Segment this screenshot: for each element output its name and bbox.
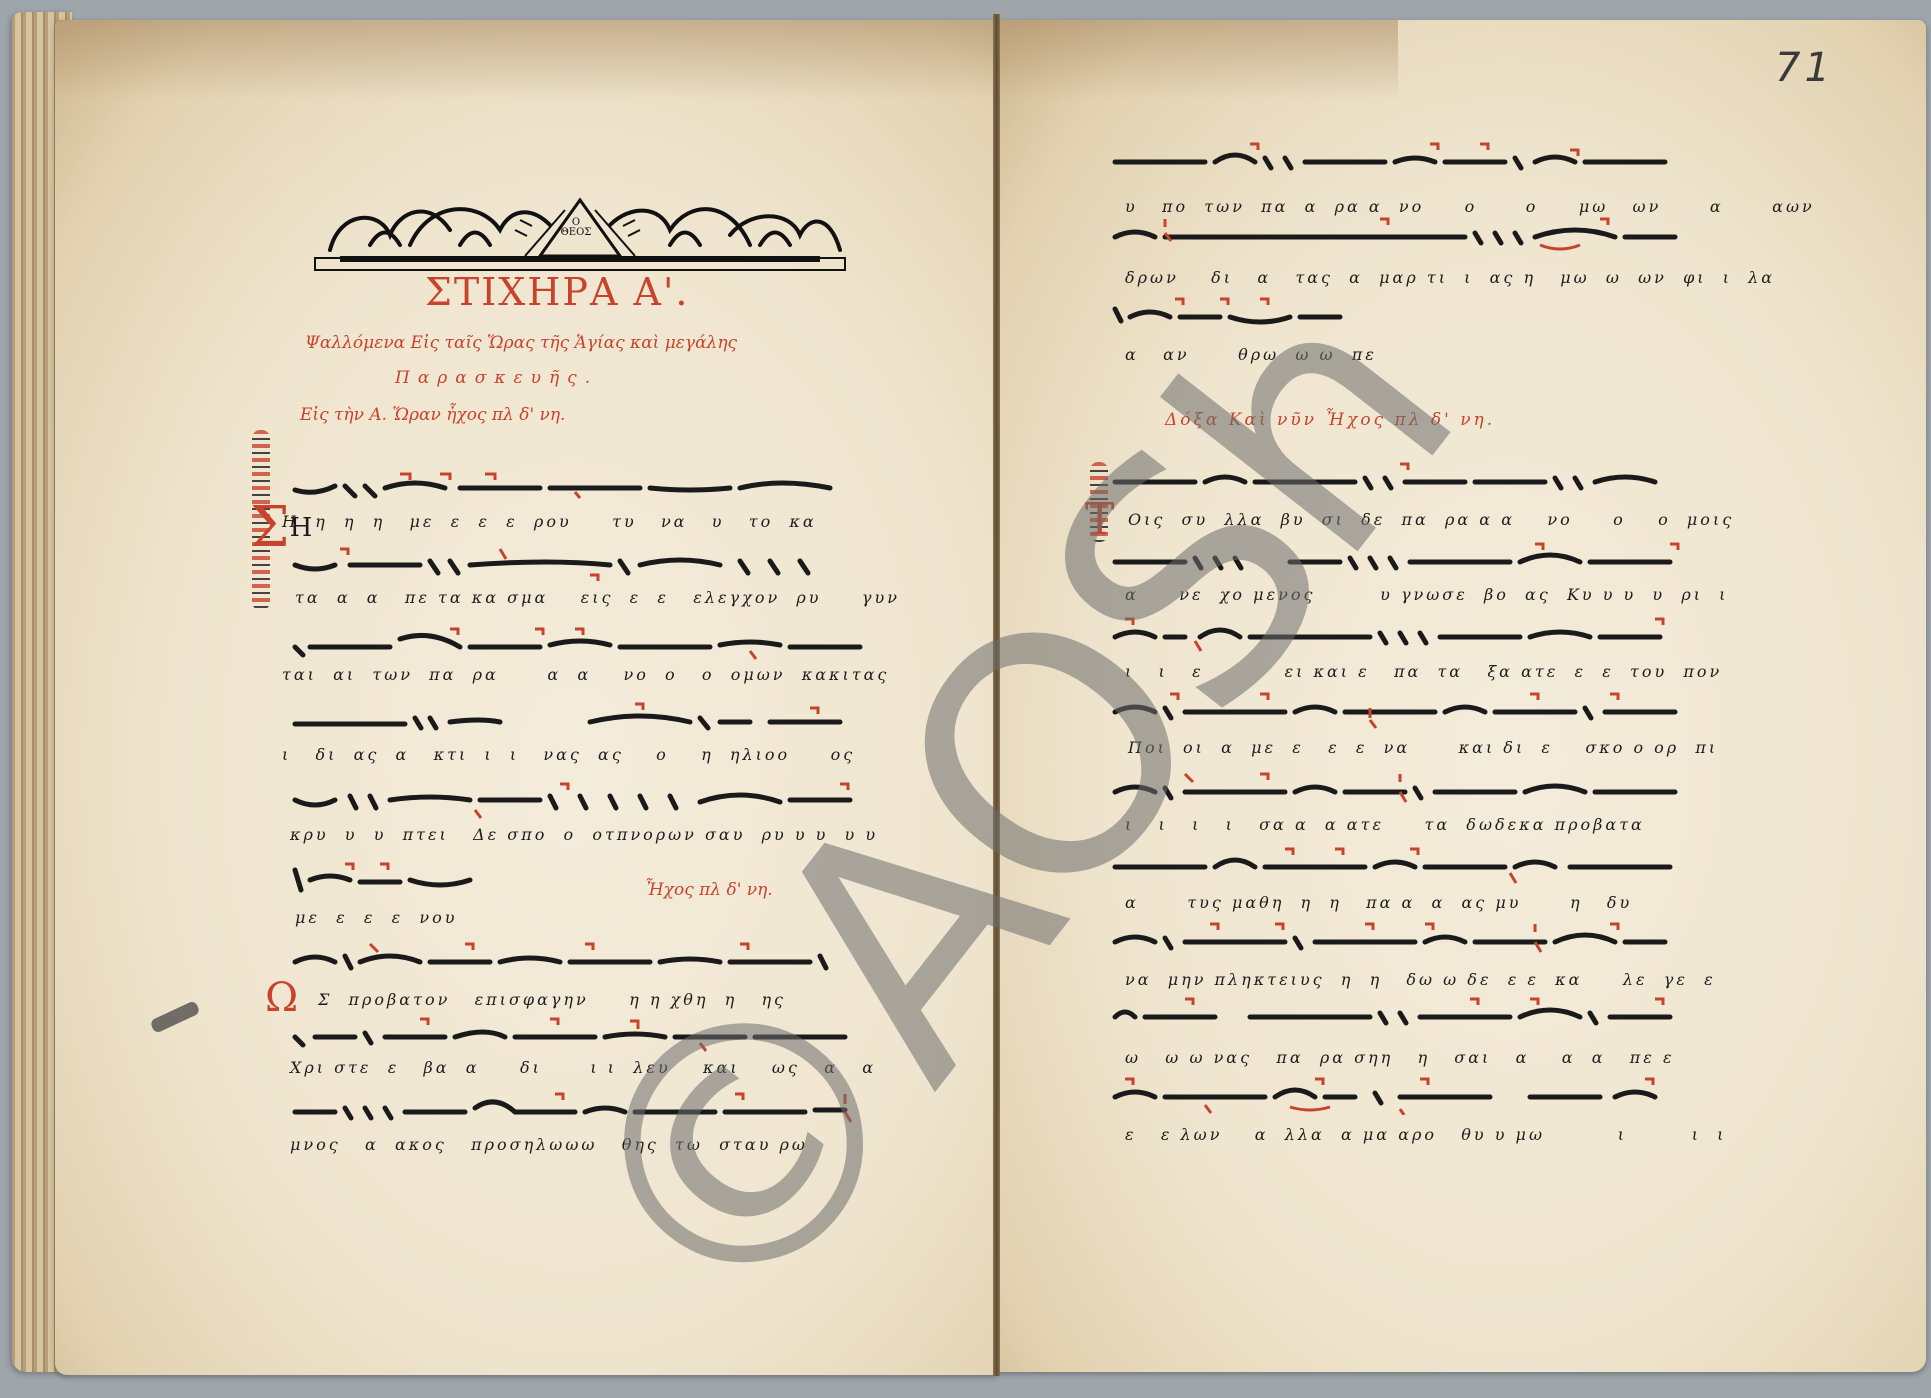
- lyric-line: Σ προβατον επισφαγην η η χθη η ης: [318, 990, 786, 1009]
- page-title: ΣΤΙΧΗΡΑ Α'.: [425, 270, 689, 314]
- ornament-label: Ο ΘΕΟΣ: [556, 218, 596, 238]
- rubric-heading: Παρασκευῆς.: [395, 368, 598, 388]
- doxa-heading: Δόξα Καὶ νῦν Ἦχος πλ δ' νη.: [1165, 410, 1495, 430]
- neume-line: [1110, 140, 1690, 180]
- lyric-line: Χρι στε ε βα α δι ι ι λευ και ως α α: [290, 1058, 876, 1077]
- lyric-line: ω ω ω νας πα ρα σηη η σαι α α α πε ε: [1125, 1048, 1675, 1067]
- neume-line: [1110, 920, 1690, 960]
- neume-line: [290, 780, 870, 820]
- lyric-line: α νε χο μενος υ γνωσε βο ας Κυ υ υ υ ρι …: [1125, 585, 1728, 604]
- lyric-line: α αν θρω ω ω πε: [1125, 345, 1377, 364]
- lyric-line: κρυ υ υ πτει Δε σπο ο οτπνορων σαυ ρυ υ …: [290, 825, 878, 844]
- neume-line: [290, 1015, 870, 1055]
- neume-line: [1110, 770, 1690, 810]
- neume-line: [1110, 540, 1690, 580]
- lyric-line: α τυς μαθη η η πα α α ας μυ η δυ: [1125, 893, 1632, 912]
- lyric-line: ι ι ε ει και ε πα τα ξα ατε ε ε του πον: [1125, 662, 1722, 681]
- lyric-line: να μην πληκτειυς η η δω ω δε ε ε κα λε γ…: [1125, 970, 1716, 989]
- water-stain: [998, 20, 1398, 100]
- neume-line: [290, 468, 870, 508]
- neume-line: [290, 625, 870, 665]
- lyric-line: με ε ε ε νου: [295, 908, 458, 927]
- lyric-line: Ποι οι α με ε ε ε να και δι ε σκο ο ορ π…: [1128, 738, 1718, 757]
- neume-line: [1110, 460, 1690, 500]
- lyric-line: τα α α πε τα κα σμα εις ε ε ελεγχον ρυ γ…: [295, 588, 900, 607]
- neume-line: [1110, 690, 1690, 730]
- neume-line: [1110, 615, 1690, 655]
- lyric-line: δρων δι α τας α μαρ τι ι ας η μω ω ων φι…: [1125, 268, 1775, 287]
- rubric-heading: Εἰς τὴν Α. Ὥραν ἦχος πλ δ' νη.: [300, 405, 565, 425]
- echos-label: Ἦχος πλ δ' νη.: [645, 880, 773, 900]
- water-stain: [55, 20, 997, 100]
- book-spine: [993, 14, 1000, 1376]
- neume-line: [290, 860, 490, 900]
- lyric-line: ε ε λων α λλα α μα αρο θυ υ μω ι ι ι: [1125, 1125, 1726, 1144]
- neume-line: [290, 545, 870, 585]
- lyric-line: Η η η η με ε ε ε ρου τυ να υ το κα: [282, 512, 817, 531]
- rubric-heading: Ψαλλόμενα Εἰς ταῖς Ὥρας τῆς Ἁγίας καὶ με…: [305, 333, 737, 353]
- neume-line: [1110, 845, 1690, 885]
- manuscript-spread: 71 Ο ΘΕΟΣ ΣΤΙΧΗΡΑ Α'. Ψαλλόμενα Εἰς ταῖς…: [0, 0, 1931, 1398]
- lyric-line: ι ι ι ι σα α α ατε τα δωδεκα προβατα: [1125, 815, 1645, 834]
- omega-initial: Ω: [265, 978, 298, 1018]
- neume-line: [290, 940, 870, 980]
- folio-number: 71: [1775, 45, 1834, 91]
- neume-line: [290, 700, 870, 740]
- lyric-line: υ πο των πα α ρα α νο ο ο μω ων α αων: [1125, 197, 1815, 216]
- neume-line: [1110, 995, 1690, 1035]
- neume-line: [1110, 215, 1690, 255]
- lyric-line: ι δι ας α κτι ι ι νας ας ο η ηλιοο ος: [282, 745, 855, 764]
- lyric-line: Οις συ λλα βυ σι δε πα ρα α α νο ο ο μοι…: [1128, 510, 1734, 529]
- lyric-line: μνος α ακος προσηλωωω θης τω σταυ ρω: [290, 1135, 808, 1154]
- neume-line: [1110, 1075, 1690, 1115]
- neume-line: [1110, 295, 1350, 335]
- lyric-line: ται αι των πα ρα α α νο ο ο ομων κακιτας: [282, 665, 889, 684]
- neume-line: [290, 1090, 870, 1130]
